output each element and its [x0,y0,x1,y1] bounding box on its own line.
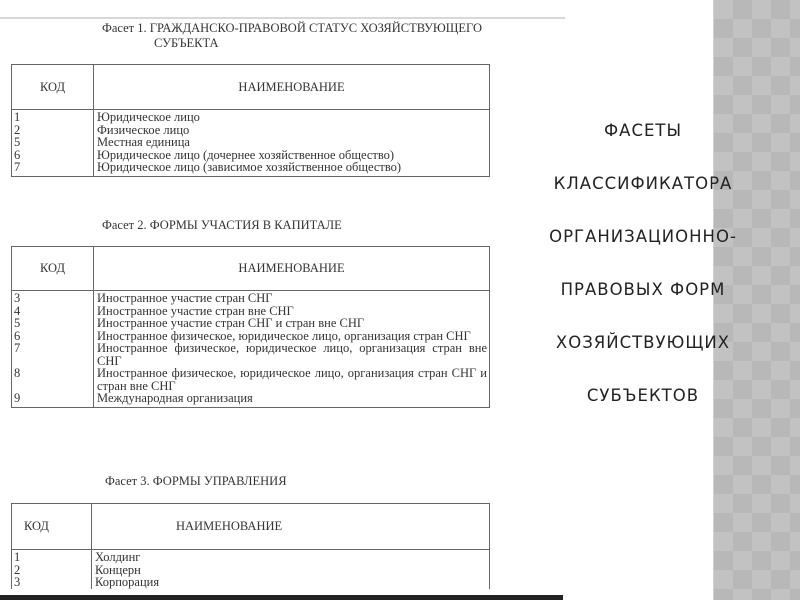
table-row: 3Иностранное участие стран СНГ [12,291,490,305]
row-name: Международная организация [94,392,490,407]
bottom-dark-bar [0,595,563,600]
row-name: Юридическое лицо (зависимое хозяйственно… [94,161,490,176]
row-code: 8 [12,367,94,392]
row-name: Корпорация [92,576,490,589]
facet-3-table: КОД НАИМЕНОВАНИЕ 1Холдинг 2Концерн 3Корп… [11,503,490,589]
table-header-row: КОД НАИМЕНОВАНИЕ [12,504,490,550]
slide-title-line: ОРГАНИЗАЦИОННО- [528,210,758,263]
table-row: 7Иностранное физическое, юридическое лиц… [12,342,490,367]
row-name: Иностранное физическое, юридическое лицо… [94,342,490,367]
slide-title-line: ФАСЕТЫ [528,104,758,157]
row-code: 7 [12,161,94,176]
name-column-header: НАИМЕНОВАНИЕ [94,65,490,110]
facet-1-title: Фасет 1. ГРАЖДАНСКО-ПРАВОВОЙ СТАТУС ХОЗЯ… [102,21,482,51]
facet-2-table: КОД НАИМЕНОВАНИЕ 3Иностранное участие ст… [11,246,490,408]
row-code: 4 [12,305,94,318]
table-row: 2Концерн [12,564,490,577]
code-column-header: КОД [12,504,92,550]
facet-1-title-line2: СУБЪЕКТА [102,36,482,51]
row-name: Иностранное участие стран СНГ [94,291,490,305]
row-code: 1 [12,550,92,564]
slide-title-line: КЛАССИФИКАТОРА [528,157,758,210]
name-column-header: НАИМЕНОВАНИЕ [94,247,490,291]
facet-2-title: Фасет 2. ФОРМЫ УЧАСТИЯ В КАПИТАЛЕ [102,218,342,233]
table-row: 5Иностранное участие стран СНГ и стран в… [12,317,490,330]
row-code: 6 [12,330,94,343]
table-row: 1Холдинг [12,550,490,564]
table-row: 2Физическое лицо [12,124,490,137]
table-row: 1Юридическое лицо [12,110,490,124]
code-column-header: КОД [12,247,94,291]
row-code: 3 [12,291,94,305]
code-column-header: КОД [12,65,94,110]
table-header-row: КОД НАИМЕНОВАНИЕ [12,65,490,110]
row-code: 5 [12,317,94,330]
row-name: Иностранное физическое, юридическое лицо… [94,367,490,392]
name-column-header: НАИМЕНОВАНИЕ [92,504,490,550]
page-top-divider [0,17,565,19]
row-name: Местная единица [94,136,490,149]
row-name: Юридическое лицо [94,110,490,124]
table-row: 3Корпорация [12,576,490,589]
row-code: 2 [12,124,94,137]
row-code: 9 [12,392,94,407]
row-code: 7 [12,342,94,367]
table-header-row: КОД НАИМЕНОВАНИЕ [12,247,490,291]
facet-3-title-line1: Фасет 3. ФОРМЫ УПРАВЛЕНИЯ [105,474,287,488]
slide-title: ФАСЕТЫ КЛАССИФИКАТОРА ОРГАНИЗАЦИОННО- ПР… [528,104,758,422]
row-code: 6 [12,149,94,162]
table-row: 7Юридическое лицо (зависимое хозяйственн… [12,161,490,176]
table-row: 9Международная организация [12,392,490,407]
facet-1-table: КОД НАИМЕНОВАНИЕ 1Юридическое лицо 2Физи… [11,64,490,177]
row-name: Иностранное участие стран СНГ и стран вн… [94,317,490,330]
row-code: 1 [12,110,94,124]
table-row: 8Иностранное физическое, юридическое лиц… [12,367,490,392]
slide-title-line: ХОЗЯЙСТВУЮЩИХ [528,316,758,369]
row-code: 3 [12,576,92,589]
row-name: Холдинг [92,550,490,564]
facet-1-title-line1: Фасет 1. ГРАЖДАНСКО-ПРАВОВОЙ СТАТУС ХОЗЯ… [102,21,482,35]
facet-3-title: Фасет 3. ФОРМЫ УПРАВЛЕНИЯ [105,474,287,489]
slide-title-line: ПРАВОВЫХ ФОРМ [528,263,758,316]
slide-title-line: СУБЪЕКТОВ [528,369,758,422]
facet-2-title-line1: Фасет 2. ФОРМЫ УЧАСТИЯ В КАПИТАЛЕ [102,218,342,232]
row-code: 5 [12,136,94,149]
row-code: 2 [12,564,92,577]
table-row: 5Местная единица [12,136,490,149]
